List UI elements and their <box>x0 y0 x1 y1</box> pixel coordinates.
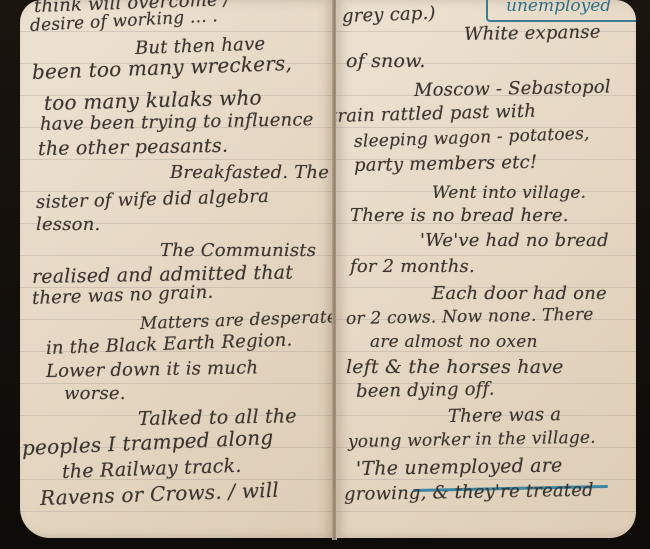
right-line-3: of snow. <box>346 50 426 72</box>
left-line-6: have been trying to influence <box>40 109 314 135</box>
left-line-7: the other peasants. <box>38 135 228 160</box>
right-line-20: growing, & they're treated <box>344 480 594 505</box>
right-line-7: party members etc! <box>354 152 538 176</box>
left-page: think will overcome / desire of working … <box>20 0 334 538</box>
right-line-11: for 2 months. <box>350 256 475 277</box>
left-line-8: Breakfasted. The <box>170 162 329 183</box>
left-line-20: the Railway track. <box>62 455 242 483</box>
right-line-8: Went into village. <box>432 183 586 203</box>
blue-pencil-annotation: unemployed <box>506 0 611 16</box>
right-line-2: White expanse <box>464 22 601 45</box>
right-line-16: been dying off. <box>356 379 495 402</box>
left-line-9: sister of wife did algebra <box>36 186 270 213</box>
left-line-11: The Communists <box>160 240 316 261</box>
notebook-photo: think will overcome / desire of working … <box>0 0 650 549</box>
right-line-13: or 2 cows. Now none. There <box>346 305 594 329</box>
left-line-14: Matters are desperate <box>140 307 334 334</box>
right-line-9: There is no bread here. <box>350 205 569 226</box>
right-line-18: young worker in the village. <box>348 428 596 452</box>
right-line-1: grey cap.) <box>342 3 436 27</box>
right-line-19: 'The unemployed are <box>356 454 563 480</box>
right-page: unemployed grey cap.) White expanse of s… <box>336 0 636 538</box>
right-line-6: sleeping wagon - potatoes, <box>354 124 590 152</box>
left-line-10: lesson. <box>36 214 100 235</box>
right-line-12: Each door had one <box>432 283 607 304</box>
right-line-10: 'We've had no bread <box>420 230 609 251</box>
right-line-14: are almost no oxen <box>370 332 538 352</box>
right-line-17: There was a <box>448 404 562 427</box>
right-line-4: Moscow - Sebastopol <box>414 77 611 101</box>
left-line-15: in the Black Earth Region. <box>46 329 293 359</box>
left-line-17: worse. <box>64 383 126 404</box>
left-line-16: Lower down it is much <box>46 357 259 382</box>
right-line-15: left & the horses have <box>346 356 564 378</box>
right-line-5: train rattled past with <box>336 101 536 127</box>
left-line-4: been too many wreckers, <box>32 51 293 84</box>
